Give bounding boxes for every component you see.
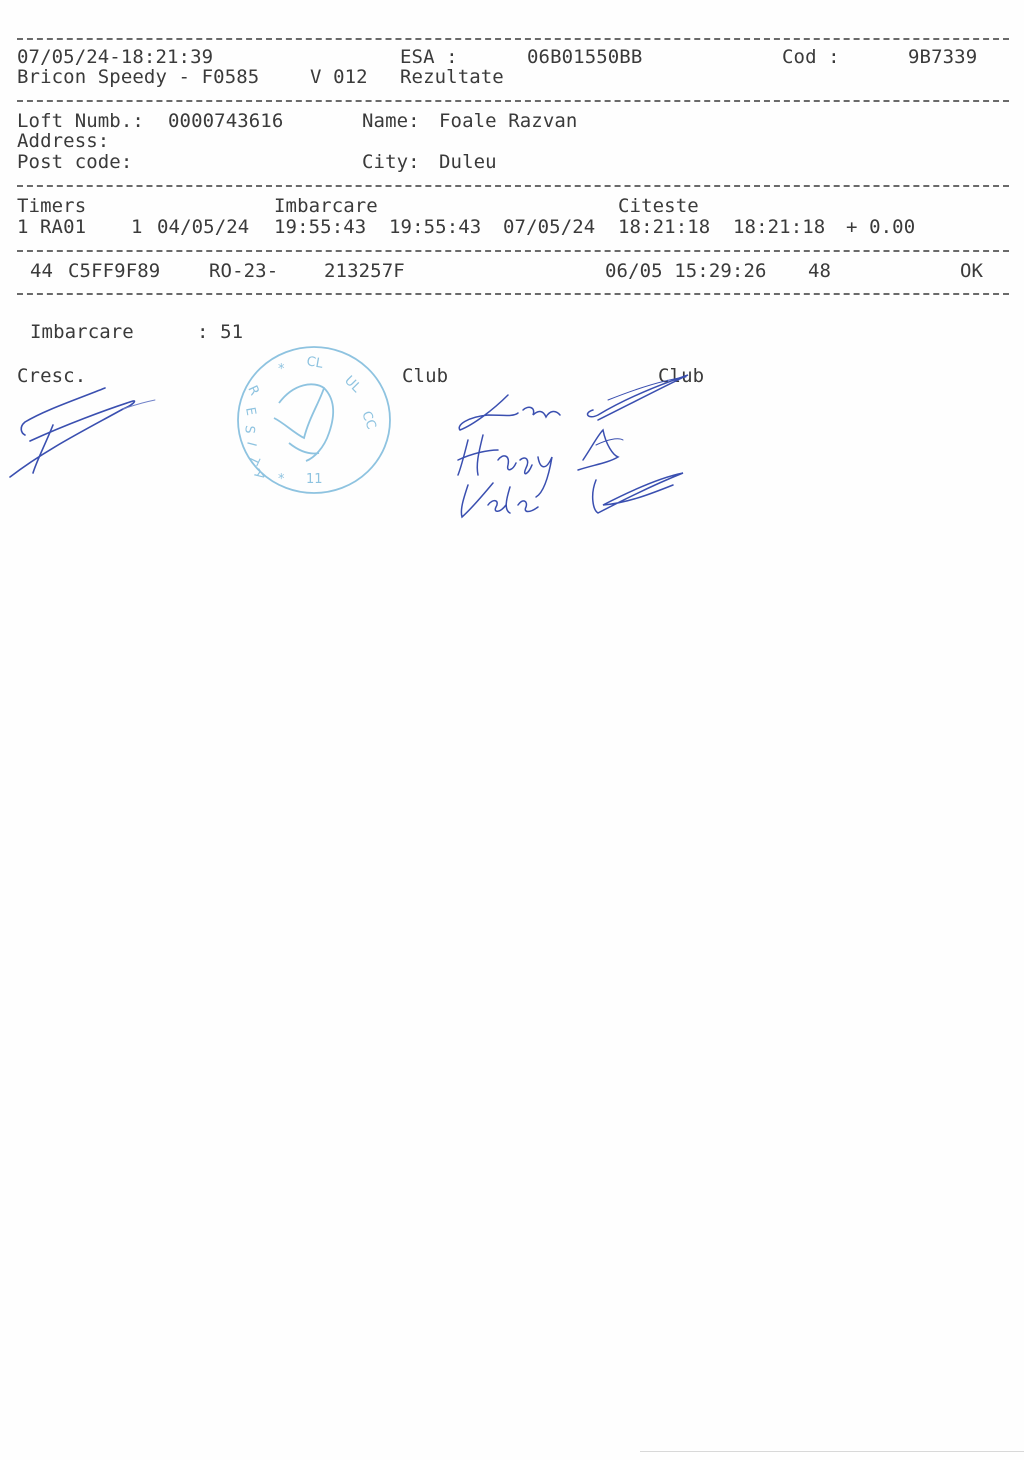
name-label: Name: [362, 111, 420, 131]
club-stamp-icon: CL UL CC R E S I T A 11 * * [234, 343, 394, 498]
basket-time-1: 19:55:43 [274, 217, 366, 237]
svg-text:UL: UL [341, 373, 364, 396]
basket-time-2: 19:55:43 [389, 217, 481, 237]
pigeon-status: OK [960, 261, 983, 281]
read-time-1: 18:21:18 [618, 217, 710, 237]
svg-text:I: I [243, 440, 258, 448]
svg-text:CL: CL [305, 354, 324, 372]
timer-deviation: + 0.00 [846, 217, 915, 237]
citeste-header: Citeste [618, 196, 699, 216]
divider [17, 185, 1009, 187]
timer-index: 1 [17, 217, 29, 237]
pigeon-count: 48 [808, 261, 831, 281]
ring-number: 213257F [324, 261, 405, 281]
imbarcare-header: Imbarcare [274, 196, 378, 216]
svg-text:11: 11 [306, 472, 323, 487]
pigeon-number: 44 [30, 261, 53, 281]
loft-number-label: Loft Numb.: [17, 111, 144, 131]
timers-header: Timers [17, 196, 86, 216]
results-printout: 07/05/24-18:21:39 ESA : 06B01550BB Cod :… [0, 0, 1024, 1460]
report-type: Rezultate [400, 67, 504, 87]
print-datetime: 07/05/24-18:21:39 [17, 47, 213, 67]
cod-value: 9B7339 [908, 47, 977, 67]
loft-number-value: 0000743616 [168, 111, 283, 131]
esa-value: 06B01550BB [527, 47, 642, 67]
imbarcare-summary-value: : 51 [197, 322, 243, 342]
club-signature-label-1: Club [402, 366, 448, 386]
pigeon-chip: C5FF9F89 [68, 261, 160, 281]
club-signatures-icon [448, 365, 698, 525]
divider [17, 250, 1009, 252]
divider [17, 293, 1009, 295]
svg-text:S: S [241, 425, 257, 435]
svg-text:E: E [242, 406, 258, 417]
ring-prefix: RO-23- [209, 261, 278, 281]
divider [17, 38, 1009, 40]
breeder-signature-label: Cresc. [17, 366, 86, 386]
firmware-version: V 012 [310, 67, 368, 87]
svg-text:CC: CC [358, 409, 378, 431]
read-time-2: 18:21:18 [733, 217, 825, 237]
address-label: Address: [17, 131, 109, 151]
divider [17, 100, 1009, 102]
breeder-signature-icon [5, 385, 165, 485]
arrival-time: 06/05 15:29:26 [605, 261, 767, 281]
timer-count: 1 [131, 217, 143, 237]
city-label: City: [362, 152, 420, 172]
name-value: Foale Razvan [439, 111, 577, 131]
basket-date: 04/05/24 [157, 217, 249, 237]
esa-label: ESA : [400, 47, 458, 67]
svg-text:*: * [278, 362, 285, 377]
svg-text:A: A [251, 466, 268, 482]
svg-text:*: * [278, 472, 285, 487]
imbarcare-summary-label: Imbarcare [30, 322, 134, 342]
city-value: Duleu [439, 152, 497, 172]
read-date: 07/05/24 [503, 217, 595, 237]
device-name: Bricon Speedy - F0585 [17, 67, 259, 87]
timer-id: RA01 [40, 217, 86, 237]
page-edge [640, 1451, 1024, 1452]
postcode-label: Post code: [17, 152, 132, 172]
cod-label: Cod : [782, 47, 840, 67]
